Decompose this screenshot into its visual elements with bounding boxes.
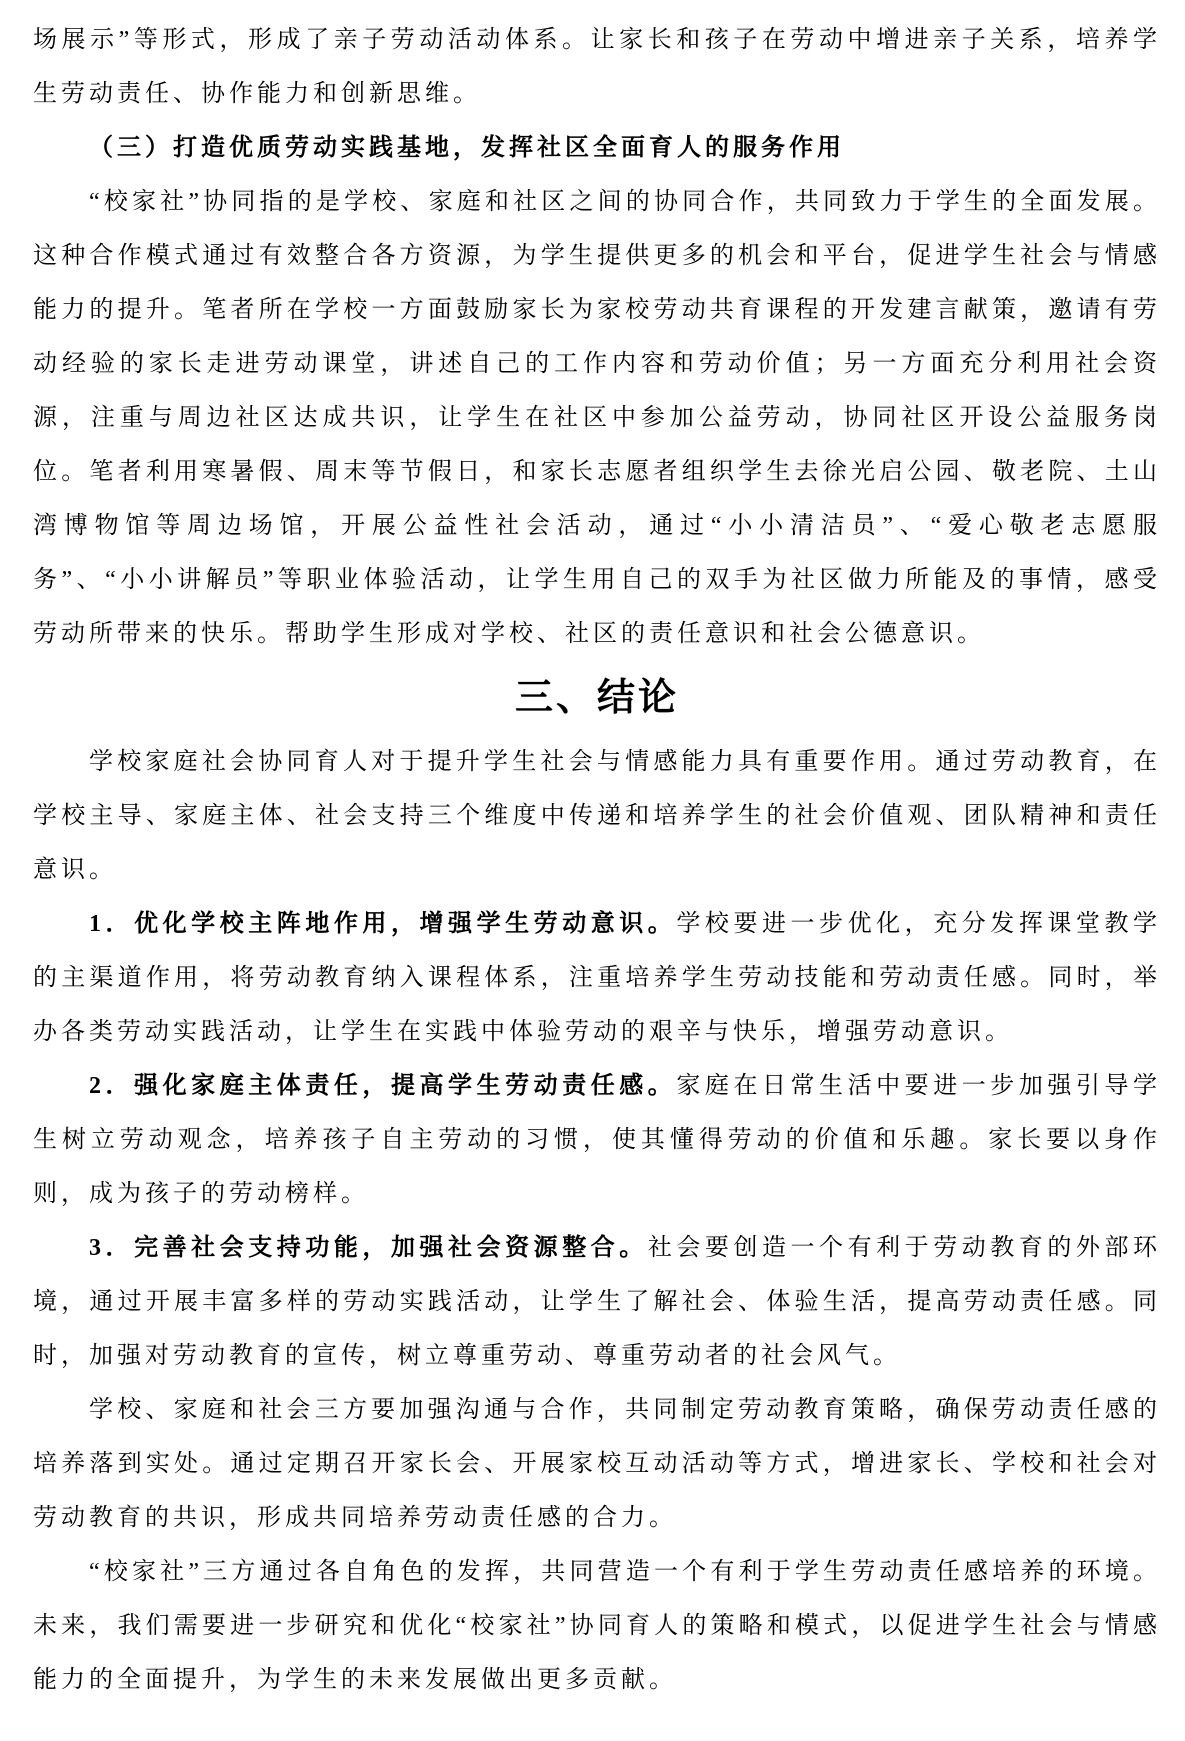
subsection-paragraph: “校家社”协同指的是学校、家庭和社区之间的协同合作，共同致力于学生的全面发展。这… — [33, 175, 1161, 661]
numbered-point-1-lead: 1．优化学校主阵地作用，增强学生劳动意识。 — [89, 911, 676, 937]
document-page: 场展示”等形式，形成了亲子劳动活动体系。让家长和孩子在劳动中增进亲子关系，培养学… — [0, 0, 1185, 1741]
numbered-point-1: 1．优化学校主阵地作用，增强学生劳动意识。学校要进一步优化，充分发挥课堂教学的主… — [33, 897, 1161, 1059]
closing-paragraph-1: 学校、家庭和社会三方要加强沟通与合作，共同制定劳动教育策略，确保劳动责任感的培养… — [33, 1383, 1161, 1545]
section-heading-conclusion: 三、结论 — [33, 667, 1161, 729]
closing-paragraph-2: “校家社”三方通过各自角色的发挥，共同营造一个有利于学生劳动责任感培养的环境。未… — [33, 1545, 1161, 1707]
conclusion-intro-paragraph: 学校家庭社会协同育人对于提升学生社会与情感能力具有重要作用。通过劳动教育，在学校… — [33, 735, 1161, 897]
numbered-point-2-lead: 2．强化家庭主体责任，提高学生劳动责任感。 — [89, 1073, 676, 1099]
numbered-point-2: 2．强化家庭主体责任，提高学生劳动责任感。家庭在日常生活中要进一步加强引导学生树… — [33, 1059, 1161, 1221]
numbered-point-3: 3．完善社会支持功能，加强社会资源整合。社会要创造一个有利于劳动教育的外部环境，… — [33, 1221, 1161, 1383]
numbered-point-3-lead: 3．完善社会支持功能，加强社会资源整合。 — [89, 1235, 648, 1261]
subsection-heading: （三）打造优质劳动实践基地，发挥社区全面育人的服务作用 — [33, 121, 1161, 175]
paragraph-continuation: 场展示”等形式，形成了亲子劳动活动体系。让家长和孩子在劳动中增进亲子关系，培养学… — [33, 13, 1161, 121]
